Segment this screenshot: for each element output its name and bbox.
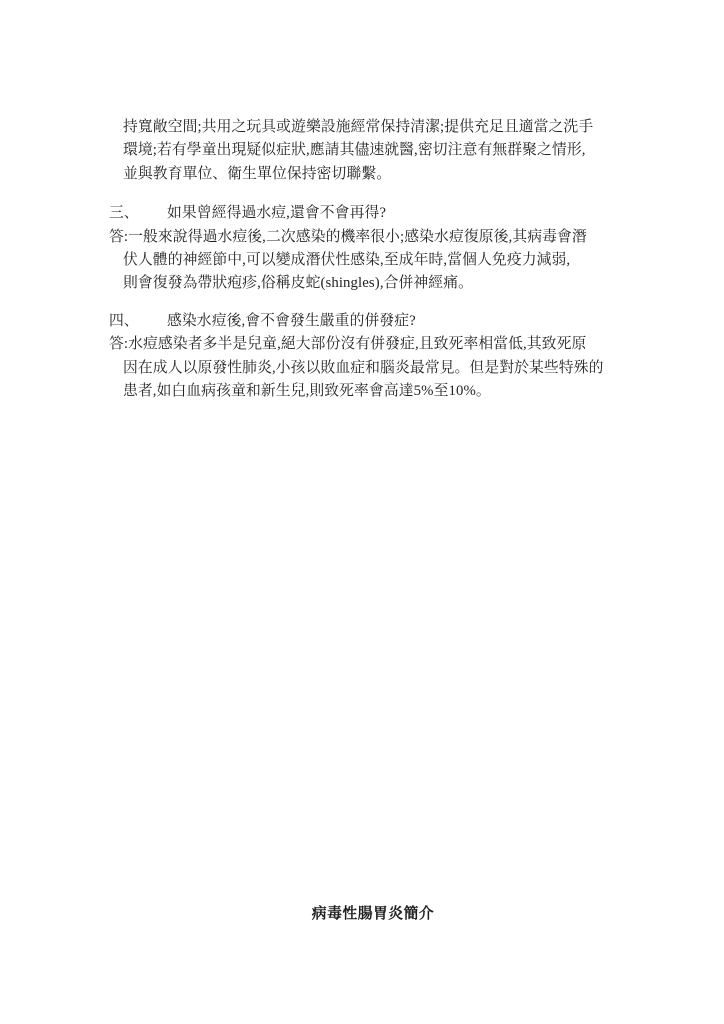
answer-line: 伏人體的神經節中,可以變成潛伏性感染,至成年時,當個人免疫力減弱, — [123, 249, 604, 272]
qa-section-three: 三、如果曾經得過水痘,還會不會再得? 答:一般來說得過水痘後,二次感染的機率很小… — [109, 202, 604, 296]
answer-line: 因在成人以原發性肺炎,小孩以敗血症和腦炎最常見。但是對於某些特殊的 — [123, 357, 604, 380]
question-text: 感染水痘後,會不會發生嚴重的併發症? — [167, 313, 416, 329]
question-number: 四、 — [109, 310, 167, 333]
next-section-title: 病毒性腸胃炎簡介 — [11, 903, 724, 926]
continuation-paragraph: 持寬敞空間;共用之玩具或遊樂設施經常保持清潔;提供充足且適當之洗手 環境;若有學… — [109, 116, 604, 186]
question-line: 四、感染水痘後,會不會發生嚴重的併發症? — [109, 310, 604, 333]
question-text: 如果曾經得過水痘,還會不會再得? — [167, 205, 386, 221]
qa-section-four: 四、感染水痘後,會不會發生嚴重的併發症? 答:水痘感染者多半是兒童,絕大部份沒有… — [109, 310, 604, 404]
body-line: 並與教育單位、衛生單位保持密切聯繫。 — [123, 163, 604, 186]
question-line: 三、如果曾經得過水痘,還會不會再得? — [109, 202, 604, 225]
answer-line: 患者,如白血病孩童和新生兒,則致死率會高達5%至10%。 — [123, 380, 604, 403]
body-line: 環境;若有學童出現疑似症狀,應請其儘速就醫,密切注意有無群聚之情形, — [123, 139, 604, 162]
answer-line: 答:水痘感染者多半是兒童,絕大部份沒有併發症,且致死率相當低,其致死原 — [109, 333, 604, 356]
answer-line: 則會復發為帶狀疱疹,俗稱皮蛇(shingles),合併神經痛。 — [123, 272, 604, 295]
answer-line: 答:一般來說得過水痘後,二次感染的機率很小;感染水痘復原後,其病毒會潛 — [109, 226, 604, 249]
body-line: 持寬敞空間;共用之玩具或遊樂設施經常保持清潔;提供充足且適當之洗手 — [123, 116, 604, 139]
question-number: 三、 — [109, 202, 167, 225]
document-page: 持寬敞空間;共用之玩具或遊樂設施經常保持清潔;提供充足且適當之洗手 環境;若有學… — [0, 0, 724, 1024]
document-body: 持寬敞空間;共用之玩具或遊樂設施經常保持清潔;提供充足且適當之洗手 環境;若有學… — [109, 116, 604, 403]
